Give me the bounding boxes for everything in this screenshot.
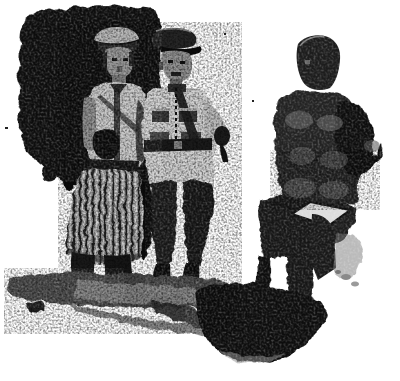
photo-canvas — [0, 0, 400, 381]
halftone-photo — [0, 0, 400, 381]
